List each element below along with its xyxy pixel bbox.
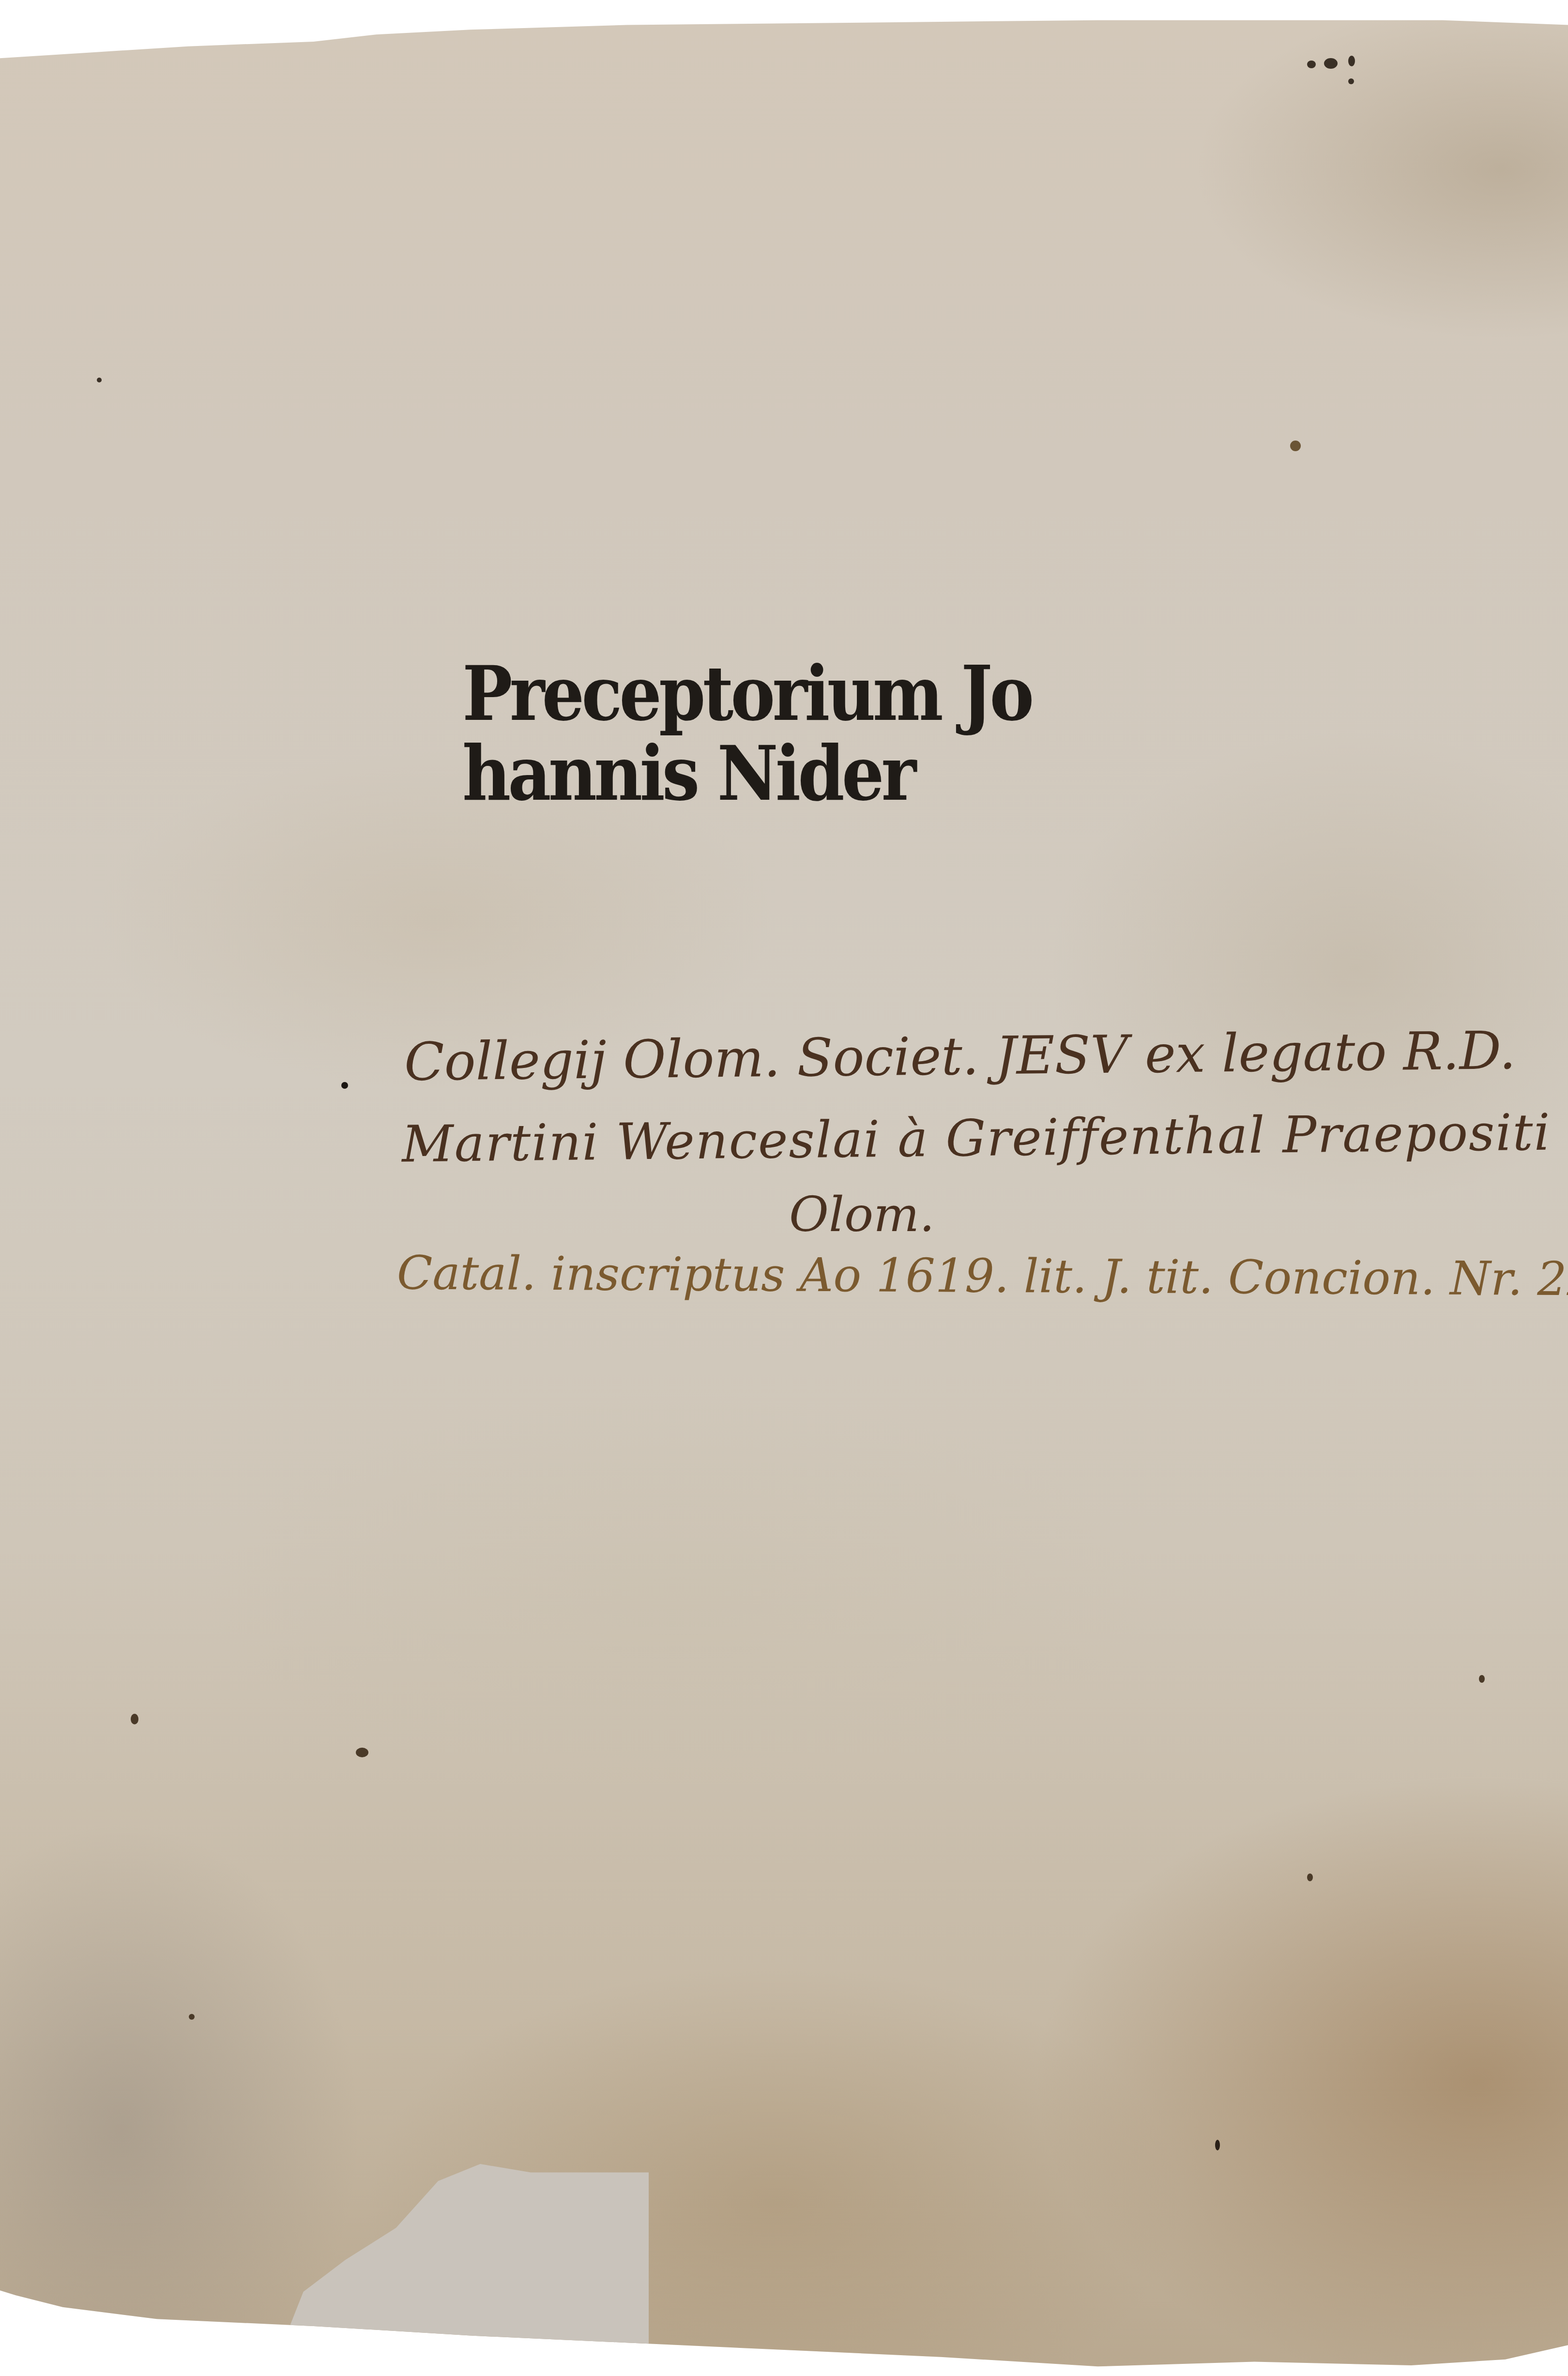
ink-stain xyxy=(1348,78,1354,84)
ink-stain xyxy=(189,2014,195,2020)
ink-stain xyxy=(1348,56,1355,66)
ink-stain xyxy=(1479,1675,1485,1683)
printed-title-line-2: hannis Nider xyxy=(462,734,1031,814)
ink-stain xyxy=(1215,2140,1220,2150)
ink-stain xyxy=(1290,441,1301,451)
inscription-line-3: Olom. xyxy=(789,1186,935,1243)
manuscript-page: Preceptorium Jo hannis Nider Collegij Ol… xyxy=(0,0,1568,2376)
printed-title-line-1: Preceptorium Jo xyxy=(462,654,1031,734)
inscription-line-2: Martini Wenceslai à Greiffenthal Praepos… xyxy=(401,1103,1551,1174)
paper-repair-patch xyxy=(228,2164,649,2376)
ink-dot xyxy=(341,1082,348,1089)
ink-stain xyxy=(1307,1873,1313,1881)
ink-stain xyxy=(1307,61,1316,68)
inscription-line-4-catalog-note: Catal. inscriptus Ao 1619. lit. J. tit. … xyxy=(397,1246,1568,1306)
printed-title: Preceptorium Jo hannis Nider xyxy=(462,654,1031,814)
inscription-line-1: Collegij Olom. Societ. JESV ex legato R.… xyxy=(404,1020,1516,1093)
ink-stain xyxy=(97,378,102,382)
ink-stain xyxy=(356,1748,368,1757)
ink-stain xyxy=(1324,58,1338,69)
ink-stain xyxy=(131,1714,138,1724)
